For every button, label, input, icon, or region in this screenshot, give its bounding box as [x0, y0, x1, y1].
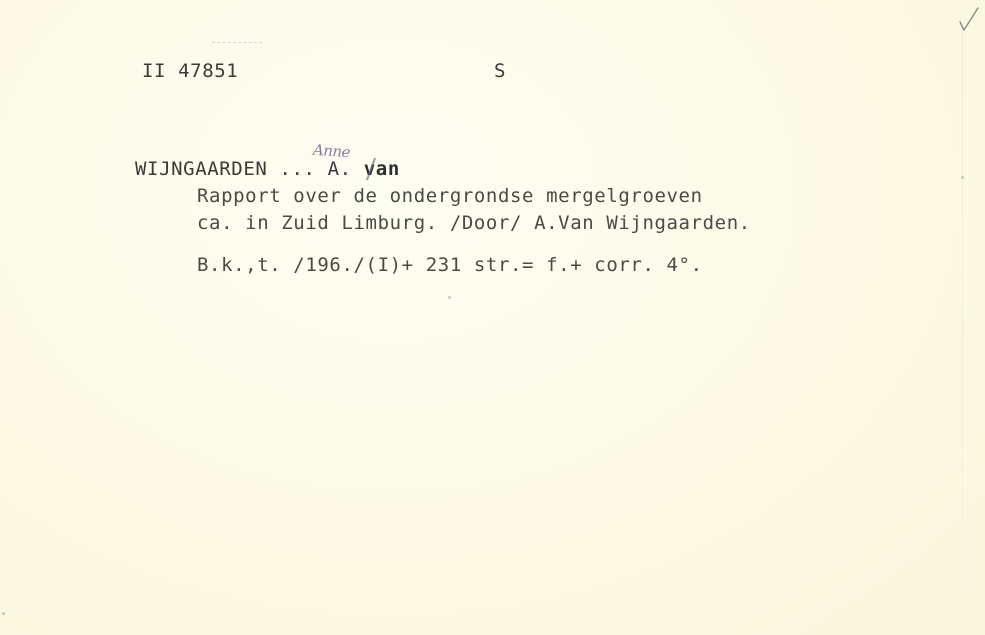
- heading-ellipsis: ...: [267, 158, 327, 180]
- author-initial: A.: [328, 158, 352, 180]
- check-mark-icon: [958, 6, 980, 32]
- author-heading: WIJNGAARDEN ... A. van: [135, 160, 400, 179]
- dust-speck: [2, 612, 5, 615]
- title-line-2: ca. in Zuid Limburg. /Door/ A.Van Wijnga…: [197, 214, 751, 233]
- dust-speck: [448, 296, 451, 299]
- author-surname: WIJNGAARDEN: [135, 158, 267, 180]
- dust-speck: [961, 176, 964, 179]
- shelf-mark: S: [494, 62, 506, 81]
- pencil-mark: [212, 42, 262, 49]
- title-line-1: Rapport over de ondergrondse mergelgroev…: [197, 187, 703, 206]
- call-number: II 47851: [142, 62, 238, 81]
- card-edge-shadow: [962, 30, 963, 590]
- collation-line: B.k.,t. /196./(I)+ 231 str.= f.+ corr. 4…: [197, 256, 703, 275]
- catalog-card: II 47851 S Anne WIJNGAARDEN ... A. van R…: [0, 0, 985, 635]
